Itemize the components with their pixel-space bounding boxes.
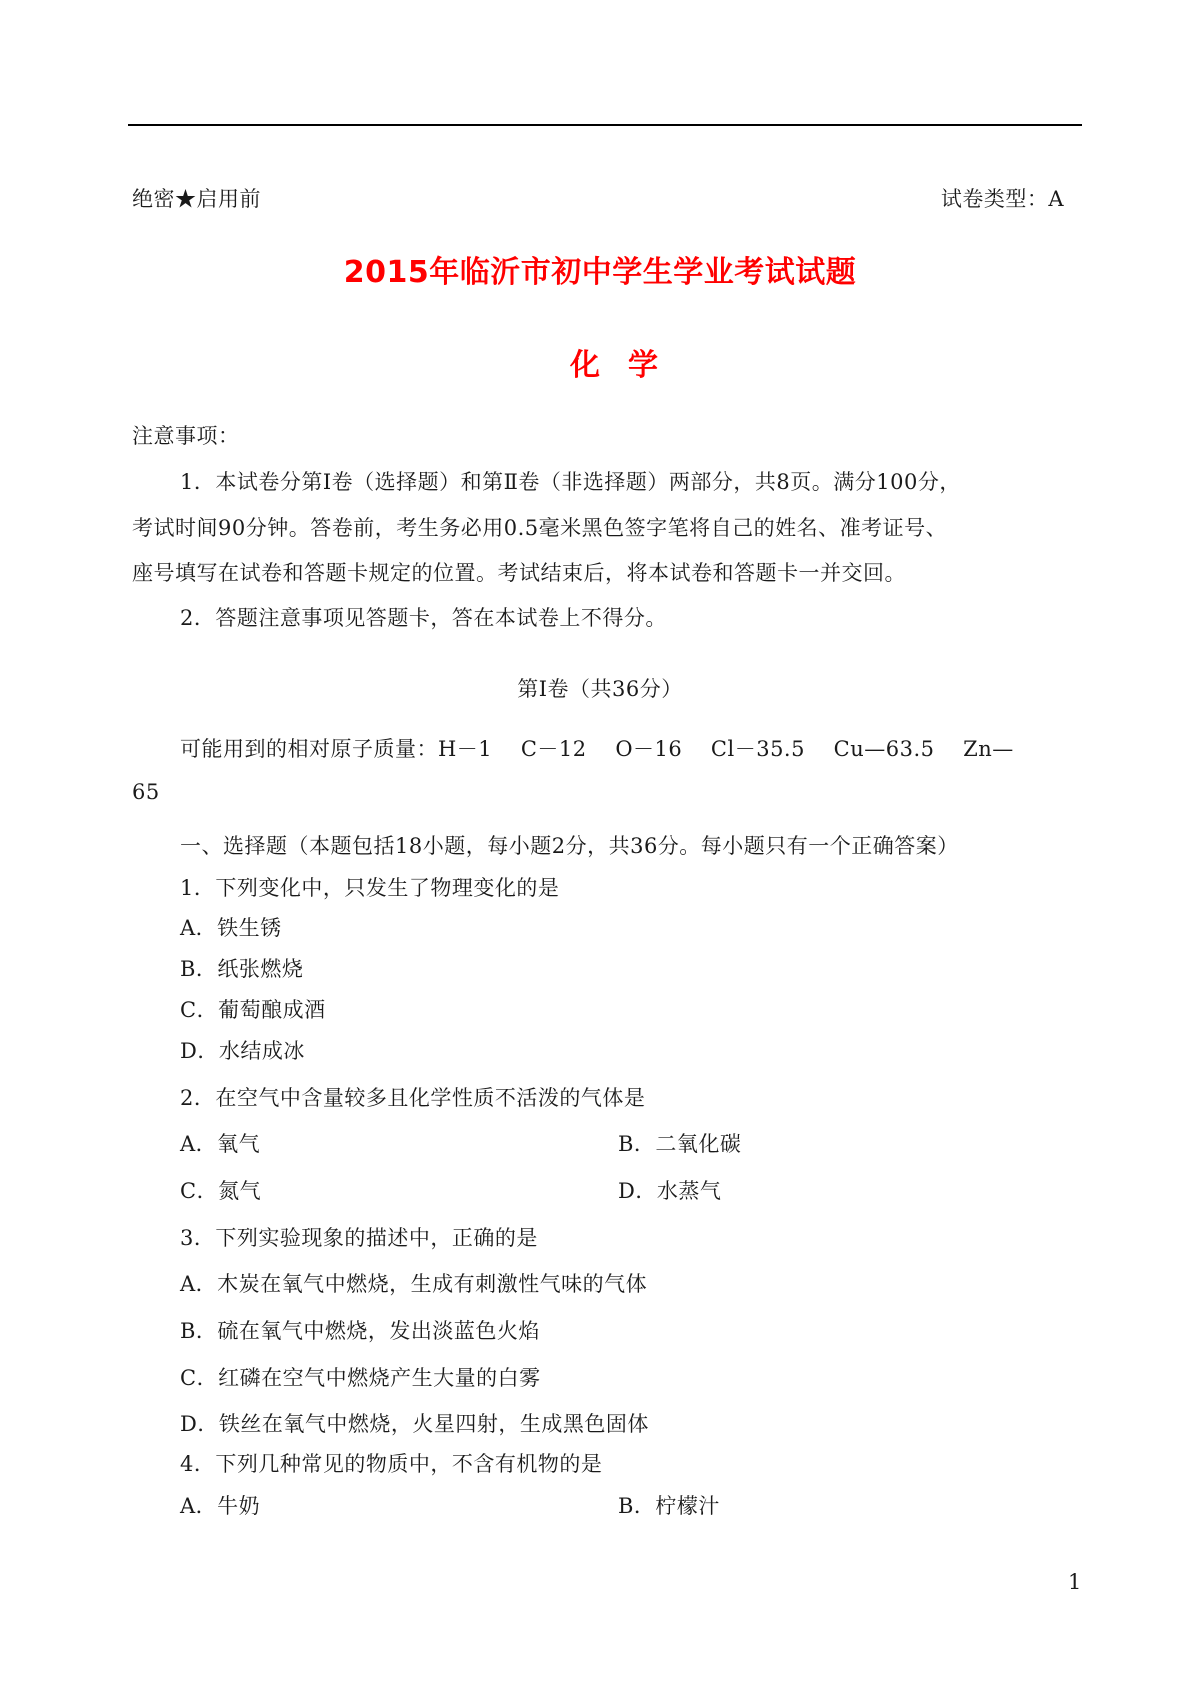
paper-type-label: 试卷类型：A [941, 183, 1064, 213]
notice-item-1-line-3: 座号填写在试卷和答题卡规定的位置。考试结束后，将本试卷和答题卡一并交回。 [132, 557, 906, 587]
question-3-option-c: C．红磷在空气中燃烧产生大量的白雾 [180, 1362, 541, 1392]
confidential-label: 绝密★启用前 [132, 183, 261, 213]
notice-item-1-line-2: 考试时间90分钟。答卷前，考生务必用0.5毫米黑色签字笔将自己的姓名、准考证号、 [132, 512, 947, 542]
notice-item-1-line-1: 1．本试卷分第Ⅰ卷（选择题）和第Ⅱ卷（非选择题）两部分，共8页。满分100分， [180, 466, 961, 496]
question-3-option-d: D．铁丝在氧气中燃烧，火星四射，生成黑色固体 [180, 1408, 649, 1438]
question-4-option-a: A．牛奶 [180, 1490, 260, 1520]
question-1-option-b: B．纸张燃烧 [180, 953, 303, 983]
question-3-option-a: A．木炭在氧气中燃烧，生成有刺激性气味的气体 [180, 1268, 647, 1298]
question-3-stem: 3．下列实验现象的描述中，正确的是 [180, 1222, 538, 1252]
question-1-stem: 1．下列变化中，只发生了物理变化的是 [180, 872, 559, 902]
header-rule [128, 124, 1082, 126]
section-heading: 第Ⅰ卷（共36分） [0, 673, 1200, 703]
question-4-option-b: B．柠檬汁 [618, 1490, 720, 1520]
part-heading: 一、选择题（本题包括18小题，每小题2分，共36分。每小题只有一个正确答案） [180, 830, 959, 860]
atomic-mass-line-2: 65 [132, 780, 160, 804]
subject-title: 化学 [0, 340, 1200, 384]
notice-item-2: 2．答题注意事项见答题卡，答在本试卷上不得分。 [180, 602, 667, 632]
question-1-option-c: C．葡萄酿成酒 [180, 994, 326, 1024]
question-2-option-d: D．水蒸气 [618, 1175, 721, 1205]
atomic-mass-line-1: 可能用到的相对原子质量：H－1 C－12 O－16 Cl－35.5 Cu—63.… [180, 733, 1014, 763]
question-2-stem: 2．在空气中含量较多且化学性质不活泼的气体是 [180, 1082, 645, 1112]
exam-title: 2015年临沂市初中学生学业考试试题 [0, 247, 1200, 291]
question-2-option-a: A．氧气 [180, 1128, 260, 1158]
question-2-option-c: C．氮气 [180, 1175, 261, 1205]
notice-heading: 注意事项： [132, 420, 240, 450]
question-1-option-d: D．水结成冰 [180, 1035, 305, 1065]
page-number: 1 [1068, 1570, 1082, 1594]
question-2-option-b: B．二氧化碳 [618, 1128, 741, 1158]
question-1-option-a: A．铁生锈 [180, 912, 282, 942]
question-4-stem: 4．下列几种常见的物质中，不含有机物的是 [180, 1448, 602, 1478]
question-3-option-b: B．硫在氧气中燃烧，发出淡蓝色火焰 [180, 1315, 540, 1345]
